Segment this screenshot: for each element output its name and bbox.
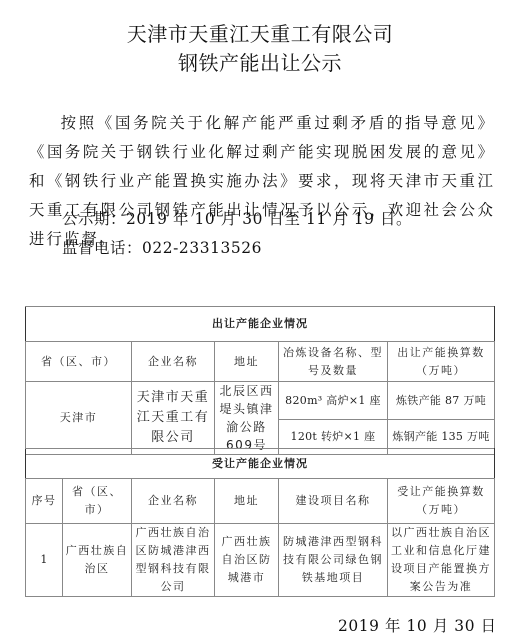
- header-province: 省（区、市）: [63, 479, 132, 524]
- cell-company: 广西壮族自治区防城港津西型钢科技有限公司: [132, 524, 215, 597]
- footer-date: 2019 年 10 月 30 日: [338, 614, 497, 636]
- cell-capacity: 以广西壮族自治区工业和信息化厅建设项目产能置换方案公告为准: [388, 524, 495, 597]
- cell-equipment-1: 820m³ 高炉×1 座: [279, 382, 388, 420]
- header-serial: 序号: [26, 479, 63, 524]
- cell-project: 防城港津西型钢科技有限公司绿色钢铁基地项目: [279, 524, 388, 597]
- transfer-in-section-title: 受让产能企业情况: [26, 449, 495, 479]
- table-row: 1 广西壮族自治区 广西壮族自治区防城港津西型钢科技有限公司 广西壮族自治区防城…: [26, 524, 495, 597]
- document-subtitle: 钢铁产能出让公示: [0, 47, 520, 76]
- header-address: 地址: [215, 342, 279, 382]
- header-company: 企业名称: [132, 479, 215, 524]
- transfer-out-section-title: 出让产能企业情况: [26, 307, 495, 342]
- cell-capacity-1: 炼铁产能 87 万吨: [388, 382, 495, 420]
- header-equipment: 冶炼设备名称、型号及数量: [279, 342, 388, 382]
- cell-serial: 1: [26, 524, 63, 597]
- header-receive-capacity: 受让产能换算数（万吨）: [388, 479, 495, 524]
- cell-address: 北辰区西堤头镇津渝公路609号: [215, 382, 279, 455]
- header-transfer-capacity: 出让产能换算数（万吨）: [388, 342, 495, 382]
- transfer-out-table: 出让产能企业情况 省（区、市） 企业名称 地址 冶炼设备名称、型号及数量 出让产…: [25, 306, 495, 455]
- cell-province: 广西壮族自治区: [63, 524, 132, 597]
- cell-company: 天津市天重江天重工有限公司: [132, 382, 215, 455]
- body-paragraph: 按照《国务院关于化解产能严重过剩矛盾的指导意见》《国务院关于钢铁行业化解过剩产能…: [29, 109, 495, 254]
- header-province: 省（区、市）: [26, 342, 132, 382]
- header-address: 地址: [215, 479, 279, 524]
- cell-province: 天津市: [26, 382, 132, 455]
- header-project: 建设项目名称: [279, 479, 388, 524]
- supervision-phone: 监督电话：022-23313526: [62, 236, 262, 258]
- header-company: 企业名称: [132, 342, 215, 382]
- transfer-in-table: 受让产能企业情况 序号 省（区、市） 企业名称 地址 建设项目名称 受让产能换算…: [25, 448, 495, 597]
- cell-address: 广西壮族自治区防城港市: [215, 524, 279, 597]
- publicity-period: 公示期：2019 年 10 月 30 日至 11 月 19 日。: [62, 207, 412, 229]
- document-title: 天津市天重江天重工有限公司: [0, 18, 520, 47]
